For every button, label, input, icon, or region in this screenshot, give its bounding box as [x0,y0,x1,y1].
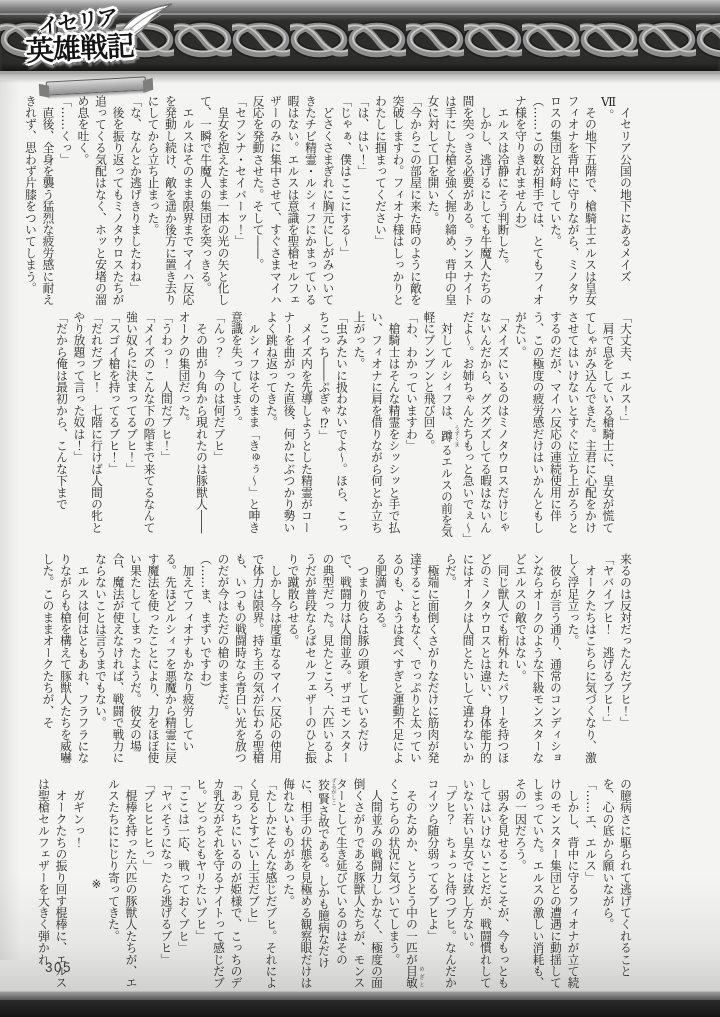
paragraph: （……この数が相手では、とてもフィオナ様を守りきれませんわ） [512,95,547,306]
paragraph: ガギンっ！ [70,778,88,990]
paragraph: 「だれだブヒ！ 七階に行けば人間の牝とやり放題って言った奴は！」 [70,311,105,544]
text-band-4: の臆病さに駆られて逃げてくれることを、心の底から願いながら。「……エ、エルス」 … [36,778,634,990]
paragraph: 「……エ、エルス」 [582,778,600,990]
paragraph: 「今からこの部屋に来た時のように敵を突破しますわ。フィオナ様はしっかりとわたしに… [372,95,425,306]
page-left-shading [0,80,20,960]
paragraph: 「大丈夫、エルス！」 [617,311,635,544]
paragraph: 「じゃぁ、僕はここにする〜」 [337,95,355,306]
paragraph: 「んっ？ 今のは何だブヒ」 [210,311,228,544]
paragraph: エルスは冷静にそう判断した。 [494,95,512,306]
paragraph: 「な、なんとか逃げきりましたわね」 [127,95,145,306]
paragraph: 後を振り返ってもミノタウロスたちが追ってくる気配はなく、ホッと安堵の溜め息を吐く… [74,95,127,306]
paragraph: その地下五階で、槍騎士エルスは皇女フィオナを背中に守りながら、ミノタウロスの集団… [547,95,600,306]
paragraph: 「だから俺は最初から、こんな下まで [53,311,71,544]
paragraph: 彼らが言う通り、通常のコンディションならオークのような下級モンスターなどエルスの… [512,553,565,772]
paragraph: 同じ獣人でも桁外れたパワーを持つほどのミノタウロスとは違い、身体能力的にはオーク… [442,553,512,772]
paragraph: 直後、全身を襲う猛烈な疲労感に耐えきれず、思わず片膝をついてしまう。 [22,95,57,306]
paragraph: 極端に面倒くさがりなだけに筋肉が発達することもなく、でっぷりと太っているのも、よ… [372,553,442,772]
scan-background-bar [0,1000,720,1017]
paragraph: 「わ、わかっていますわ」 [403,311,421,544]
text-band-3: 来るのは反対だったんだブヒ！」「ヤバイブヒ！ 逃げるブヒ！」 オークたちはこちら… [36,553,634,772]
paragraph: メイズ内を先導しようとした精霊がコーナーを曲がった直後、何かにぶつかり勢いよく跳… [263,311,316,544]
paragraph: 来るのは反対だったんだブヒ！」 [617,553,635,772]
paragraph: 「メイズのこんな下の階まで来てるなんて強い奴らに決まってるブヒ！」 [123,311,158,544]
paragraph: 「ヤバイブヒ！ 逃げるブヒ！」 [599,553,617,772]
paragraph: 槍騎士はそんな精霊をシッシッと手で払い、フィオナに肩を借りながら何とか立ち上がっ… [350,311,403,544]
paragraph: の臆病さに駆られて逃げてくれることを、心の底から願いながら。 [599,778,634,990]
paragraph: エルスは何はともあれ、フラフラになりながらも槍を構えて豚獣人たちを威嚇した。この… [39,553,92,772]
paragraph: 「ここは一応、戦っておくブヒ」 [175,778,193,990]
book-page: イセリア 英雄戦記 イセリア公国の地下にあるメイズⅦ。 その地下五階で、槍騎士エ… [0,0,720,1017]
paragraph: どさくさまぎれに胸元にしがみついてきたチビ精霊・ルシィフにかまっている暇はない。… [249,95,337,306]
paragraph: 「……くっ」 [57,95,75,306]
paragraph: 「ブヒ？ ちょっと待つブヒ。なんだかコイツら随分弱ってるブヒよ」 [424,778,459,990]
series-logo: イセリア 英雄戦記 [16,2,186,102]
paragraph: イセリア公国の地下にあるメイズⅦ。 [599,95,634,306]
paragraph: ルシィフはそのまま「きゅぅ〜」と呻き意識を失ってしまう。 [228,311,263,544]
paragraph: オークたちの振り回す棍棒に、エルスは聖槍セルフェザーを大きく弾かれ [35,778,70,990]
logo-ribbon [46,76,147,95]
paragraph: つまり彼らは豚の頭をしているだけで、戦闘力は人間並み。ザコモンスターの典型だった… [284,553,372,772]
paragraph: 「は、はい！」 [354,95,372,306]
paragraph: 肩で息をしている槍騎士に、皇女が慌ててしゃがみ込んできた。主君に心配をかけさせて… [512,311,617,544]
text-band-1: イセリア公国の地下にあるメイズⅦ。 その地下五階で、槍騎士エルスは皇女フィオナを… [36,95,634,306]
paragraph: 対してルシィフは、蹲うずくまるエルスの前を気軽にブンブンと飛び回る。 [420,311,459,544]
page-number: 305 [45,960,72,975]
paragraph: 「あっちにいるのが姫様で、こっちのデカ乳女がそれを守るナイトって感じだブヒ。どっ… [192,778,245,990]
paragraph: 「セフンナ・セイバーッ！」 [232,95,250,306]
paragraph: 「スゴイ槍を持ってるブヒ！」 [105,311,123,544]
text-band-2: 「大丈夫、エルス！」 肩で息をしている槍騎士に、皇女が慌ててしゃがみ込んできた。… [36,311,634,544]
paragraph: しかし、逃げるにしても牛魔人たちの間を突っきる必要がある。ランスナイトは手にした… [424,95,494,306]
paragraph: 棍棒を持った六匹の豚獣人たちが、エルスたちににじり寄ってきた。 [105,778,140,990]
paragraph: そのためか、とうとう中の一匹が目敏めざとくこちらの状況に気づいてしまう。 [385,778,424,990]
paragraph: エルスはそのまま限界までマイハ反応を発動し続け、敵を遥か後方に置き去りにしてから… [144,95,197,306]
paragraph: その曲がり角から現れたのは豚獣人――オークの集団だった。 [175,311,210,544]
paragraph: 人間並みの戦闘力しかなく、極度の面倒くさがりである豚獣人たちが、モンスターとして… [280,778,386,990]
paragraph: 加えてフィオナもかなり疲労している。先ほどルシィフを悪魔から精霊に戻す魔法を使っ… [92,553,197,772]
paragraph: 「虫みたいに扱わないでよ〜。ほら、こっちこっち――ぷぎゃ⁉」 [315,311,350,544]
paragraph: 弱みを見せることこそが、今もっともしてはいけないことだが、戦闘慣れしていない若い… [459,778,512,990]
section-divider: ※ [87,778,105,990]
paragraph: オークたちはこちらに気づくなり、激しく浮足立った。 [564,553,599,772]
paragraph: 「ヤバそうになったら逃げるブヒ」 [157,778,175,990]
logo-title-large: 英雄戦記 [25,32,134,66]
paragraph: 皇女を抱えたまま一本の光の矢と化して、一瞬で牛魔人の集団を突っきる。 [197,95,232,306]
paragraph: しかし、背中に守るフィオナが立て続けのモンスター集団との遭遇に動揺してしまってい… [512,778,582,990]
paragraph: 「ブヒヒヒヒっ」 [140,778,158,990]
paragraph: しかし今は度重なるマイハ反応の使用で体力は限界。持ち主の気が伝わる聖槍も、いつも… [214,553,284,772]
paragraph: 「たしかにそんな感じだブヒ。それによく見るとすごい上玉だブヒ」 [245,778,280,990]
paragraph: （……ま、まずいですわ） [197,553,215,772]
paragraph: 「うわっ！ 人間だブヒ！」 [158,311,176,544]
paragraph: 「メイズにいるのはミノタウロスだけじゃないんだから、グズグズしてる暇はないんだよ… [459,311,512,544]
